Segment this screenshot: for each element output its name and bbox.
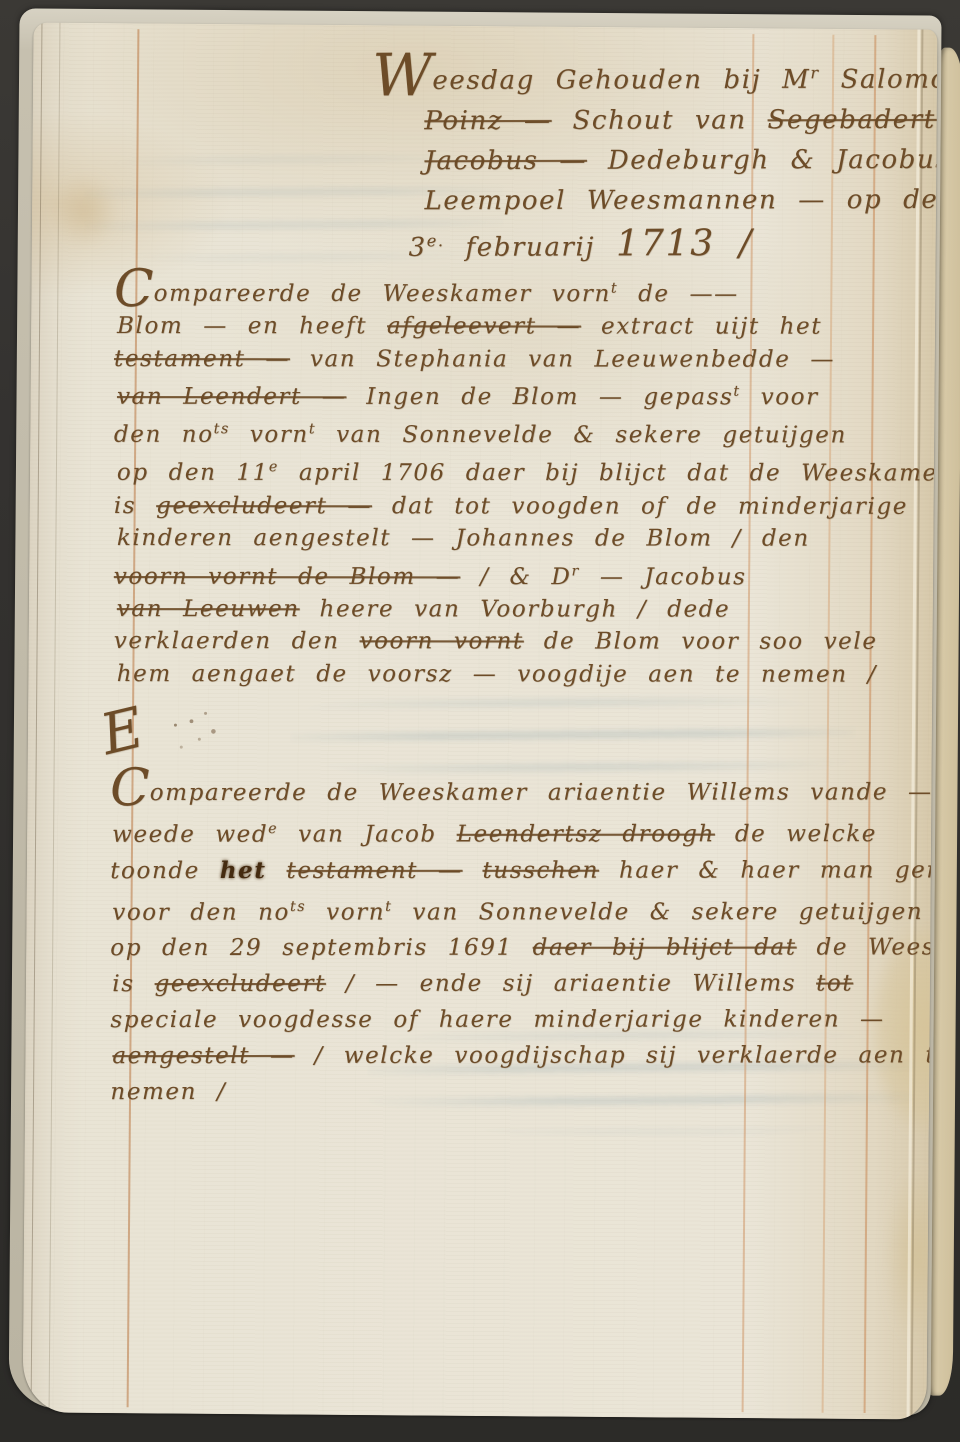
left-fold-crease-inner [49, 23, 61, 1413]
manuscript-line: weede wede van Jacob Leendertsz droogh d… [112, 810, 937, 852]
manuscript-line: Jacobus — Dedeburgh & Jacobus [424, 139, 937, 180]
manuscript-line: voorn vornt de Blom — / & Dr — Jacobus [114, 555, 938, 594]
ink-spatter-dots [174, 724, 177, 727]
stain-top-left [40, 161, 131, 262]
manuscript-line: aengestelt — / welcke voogdijschap sij v… [112, 1038, 937, 1075]
manuscript-line: op den 29 septembris 1691 daer bij blijc… [110, 930, 937, 967]
manuscript-line: is geexcludeert — dat tot voogden of de … [114, 490, 938, 523]
manuscript-line: is geexcludeert / — ende sij ariaentie W… [112, 966, 937, 1003]
manuscript-line: van Leendert — Ingen de Blom — gepasst v… [117, 375, 938, 414]
manuscript-line: nemen / [110, 1074, 937, 1111]
manuscript-line: hem aengaet de voorsz — voogdije aen te … [117, 658, 938, 691]
entry-second: Compareerde de Weeskamer ariaentie Wille… [110, 774, 937, 1110]
ink-bleed-through-middle [289, 685, 856, 789]
manuscript-line: toonde het testament — tusschen haer & h… [110, 852, 937, 889]
manuscript-line: voor den nots vornt van Sonnevelde & sek… [112, 888, 937, 930]
manuscript-scan: Weesdag Gehouden bij Mr SalomonPoinz — S… [0, 0, 960, 1442]
manuscript-line: Poinz — Schout van Segebadert — [424, 99, 937, 140]
manuscript-line: 3e. februarij 1713 / [409, 219, 938, 267]
manuscript-line: Compareerde de Weeskamer vornt de —— [114, 272, 937, 311]
book-block: Weesdag Gehouden bij Mr SalomonPoinz — S… [0, 0, 960, 1442]
session-heading: Weesdag Gehouden bij Mr SalomonPoinz — S… [372, 53, 937, 268]
manuscript-page: Weesdag Gehouden bij Mr SalomonPoinz — S… [23, 22, 938, 1419]
manuscript-line: speciale voogdesse of haere minderjarige… [110, 1002, 937, 1039]
manuscript-line: den nots vornt van Sonnevelde & sekere g… [114, 413, 938, 452]
manuscript-line: van Leeuwen heere van Voorburgh / dede [117, 593, 938, 626]
manuscript-line: op den 11e april 1706 daer bij blijct da… [117, 452, 938, 491]
left-fold-crease [31, 23, 43, 1413]
entry-first: Compareerde de Weeskamer vornt de ——Blom… [114, 272, 938, 691]
manuscript-line: verklaerden den voorn vornt de Blom voor… [114, 625, 938, 658]
manuscript-line: Leempoel Weesmannen — op den [424, 179, 937, 220]
manuscript-line: kinderen aengestelt — Johannes de Blom /… [117, 522, 938, 555]
manuscript-line: Blom — en heeft afgeleevert — extract ui… [117, 310, 937, 343]
manuscript-line: testament — van Stephania van Leeuwenbed… [114, 343, 937, 376]
manuscript-line: Compareerde de Weeskamer ariaentie Wille… [110, 774, 937, 811]
manuscript-line: Weesdag Gehouden bij Mr Salomon [372, 53, 937, 101]
